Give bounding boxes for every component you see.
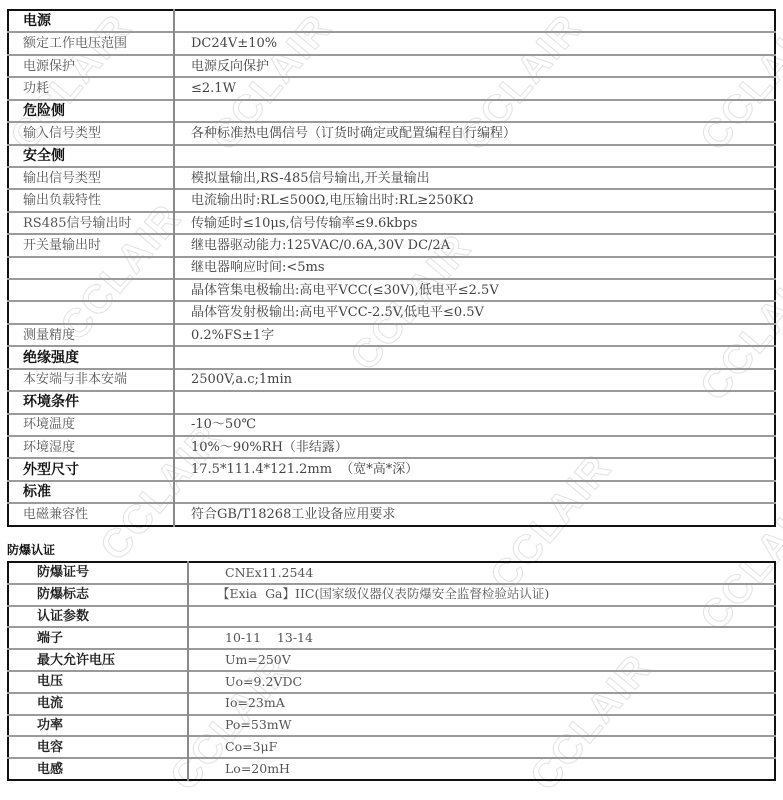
spec-label: 电源保护: [8, 55, 174, 77]
spec-label: 外型尺寸: [8, 458, 174, 480]
table-row: 危险侧: [8, 100, 775, 122]
table-row: 电感Lo=20mH: [8, 758, 775, 780]
table-row: 端子10-11 13-14: [8, 627, 775, 649]
spec-label: 环境湿度: [8, 436, 174, 458]
cert-value: [188, 606, 775, 628]
section-heading: 标准: [8, 481, 174, 503]
spec-label: 功耗: [8, 77, 174, 99]
spec-value: -10～50℃: [174, 414, 775, 436]
cert-value: Po=53mW: [188, 715, 775, 737]
table-row: 电磁兼容性符合GB/T18268工业设备应用要求: [8, 503, 775, 526]
spec-label: 测量精度: [8, 324, 174, 346]
spec-value: 2500V,a.c;1min: [174, 369, 775, 391]
cert-label: 电容: [8, 736, 188, 758]
cert-label: 电流: [8, 693, 188, 715]
spec-label: 本安端与非本安端: [8, 369, 174, 391]
table-row: 安全侧: [8, 145, 775, 167]
table-row: 外型尺寸17.5*111.4*121.2mm （宽*高*深）: [8, 458, 775, 480]
table-row: 标准: [8, 481, 775, 503]
spec-label: RS485信号输出时: [8, 212, 174, 234]
section-heading: 环境条件: [8, 391, 174, 413]
spec-label: [8, 301, 174, 323]
table-row: 防爆证号CNEx11.2544: [8, 562, 775, 584]
spec-value: [174, 100, 775, 122]
table-row: 输入信号类型各种标准热电偶信号（订货时确定或配置编程自行编程）: [8, 122, 775, 144]
cert-value: CNEx11.2544: [188, 562, 775, 584]
section-title: 防爆认证: [7, 541, 55, 558]
table-row: RS485信号输出时传输延时≤10μs,信号传输率≤9.6kbps: [8, 212, 775, 234]
table-row: 电压Uo=9.2VDC: [8, 671, 775, 693]
spec-label: 额定工作电压范围: [8, 32, 174, 54]
spec-value: [174, 391, 775, 413]
spec-value: [174, 346, 775, 368]
cert-label: 端子: [8, 627, 188, 649]
spec-value: 模拟量输出,RS-485信号输出,开关量输出: [174, 167, 775, 189]
spec-label: 电磁兼容性: [8, 503, 174, 526]
table-row: 测量精度0.2%FS±1字: [8, 324, 775, 346]
cert-value: Uo=9.2VDC: [188, 671, 775, 693]
cert-label: 防爆证号: [8, 562, 188, 584]
spec-value: 符合GB/T18268工业设备应用要求: [174, 503, 775, 526]
spec-value: 晶体管集电极输出:高电平VCC(≤30V),低电平≤2.5V: [174, 279, 775, 301]
table-row: 电源: [8, 10, 775, 32]
cert-label: 防爆标志: [8, 584, 188, 606]
spec-value: [174, 481, 775, 503]
table-row: 环境温度-10～50℃: [8, 414, 775, 436]
cert-label: 最大允许电压: [8, 649, 188, 671]
spec-label: 输出负载特性: [8, 189, 174, 211]
table-row: 功率Po=53mW: [8, 715, 775, 737]
spec-value: 17.5*111.4*121.2mm （宽*高*深）: [174, 458, 775, 480]
cert-label: 电压: [8, 671, 188, 693]
table-row: 电源保护电源反向保护: [8, 55, 775, 77]
ex-cert-table: 防爆证号CNEx11.2544 防爆标志【Exia Ga】IIC(国家级仪器仪表…: [7, 561, 776, 781]
spec-value: 10%～90%RH（非结露）: [174, 436, 775, 458]
spec-label: [8, 279, 174, 301]
table-row: 环境湿度10%～90%RH（非结露）: [8, 436, 775, 458]
cert-value: Lo=20mH: [188, 758, 775, 780]
spec-label: [8, 257, 174, 279]
table-row: 最大允许电压Um=250V: [8, 649, 775, 671]
cert-label: 电感: [8, 758, 188, 780]
spec-label: 输出信号类型: [8, 167, 174, 189]
spec-label: 输入信号类型: [8, 122, 174, 144]
spec-value: 0.2%FS±1字: [174, 324, 775, 346]
spec-table: 电源 额定工作电压范围DC24V±10% 电源保护电源反向保护 功耗≤2.1W …: [7, 9, 776, 527]
spec-value: 电源反向保护: [174, 55, 775, 77]
cert-value: Io=23mA: [188, 693, 775, 715]
section-heading: 安全侧: [8, 145, 174, 167]
section-heading: 危险侧: [8, 100, 174, 122]
table-row: 本安端与非本安端2500V,a.c;1min: [8, 369, 775, 391]
table-row: 晶体管集电极输出:高电平VCC(≤30V),低电平≤2.5V: [8, 279, 775, 301]
table-row: 防爆标志【Exia Ga】IIC(国家级仪器仪表防爆安全监督检验站认证): [8, 584, 775, 606]
cert-value: Um=250V: [188, 649, 775, 671]
table-row: 绝缘强度: [8, 346, 775, 368]
spec-value: 晶体管发射极输出:高电平VCC-2.5V,低电平≤0.5V: [174, 301, 775, 323]
table-row: 电流Io=23mA: [8, 693, 775, 715]
spec-value: 电流输出时:RL≤500Ω,电压输出时:RL≥250KΩ: [174, 189, 775, 211]
spec-value: 传输延时≤10μs,信号传输率≤9.6kbps: [174, 212, 775, 234]
spec-value: [174, 10, 775, 32]
spec-value: DC24V±10%: [174, 32, 775, 54]
spec-value: 各种标准热电偶信号（订货时确定或配置编程自行编程）: [174, 122, 775, 144]
spec-value: 继电器响应时间:<5ms: [174, 257, 775, 279]
table-row: 额定工作电压范围DC24V±10%: [8, 32, 775, 54]
cert-label: 认证参数: [8, 606, 188, 628]
table-row: 电容Co=3μF: [8, 736, 775, 758]
spec-value: ≤2.1W: [174, 77, 775, 99]
spec-label: 开关量输出时: [8, 234, 174, 256]
spec-value: 继电器驱动能力:125VAC/0.6A,30V DC/2A: [174, 234, 775, 256]
cert-value: 10-11 13-14: [188, 627, 775, 649]
spec-value: [174, 145, 775, 167]
table-row: 认证参数: [8, 606, 775, 628]
cert-value: Co=3μF: [188, 736, 775, 758]
table-row: 功耗≤2.1W: [8, 77, 775, 99]
table-row: 输出负载特性电流输出时:RL≤500Ω,电压输出时:RL≥250KΩ: [8, 189, 775, 211]
spec-label: 环境温度: [8, 414, 174, 436]
cert-value: 【Exia Ga】IIC(国家级仪器仪表防爆安全监督检验站认证): [188, 584, 775, 606]
section-heading: 绝缘强度: [8, 346, 174, 368]
cert-label: 功率: [8, 715, 188, 737]
table-row: 输出信号类型模拟量输出,RS-485信号输出,开关量输出: [8, 167, 775, 189]
table-row: 开关量输出时继电器驱动能力:125VAC/0.6A,30V DC/2A: [8, 234, 775, 256]
table-row: 环境条件: [8, 391, 775, 413]
section-heading: 电源: [8, 10, 174, 32]
table-row: 晶体管发射极输出:高电平VCC-2.5V,低电平≤0.5V: [8, 301, 775, 323]
table-row: 继电器响应时间:<5ms: [8, 257, 775, 279]
